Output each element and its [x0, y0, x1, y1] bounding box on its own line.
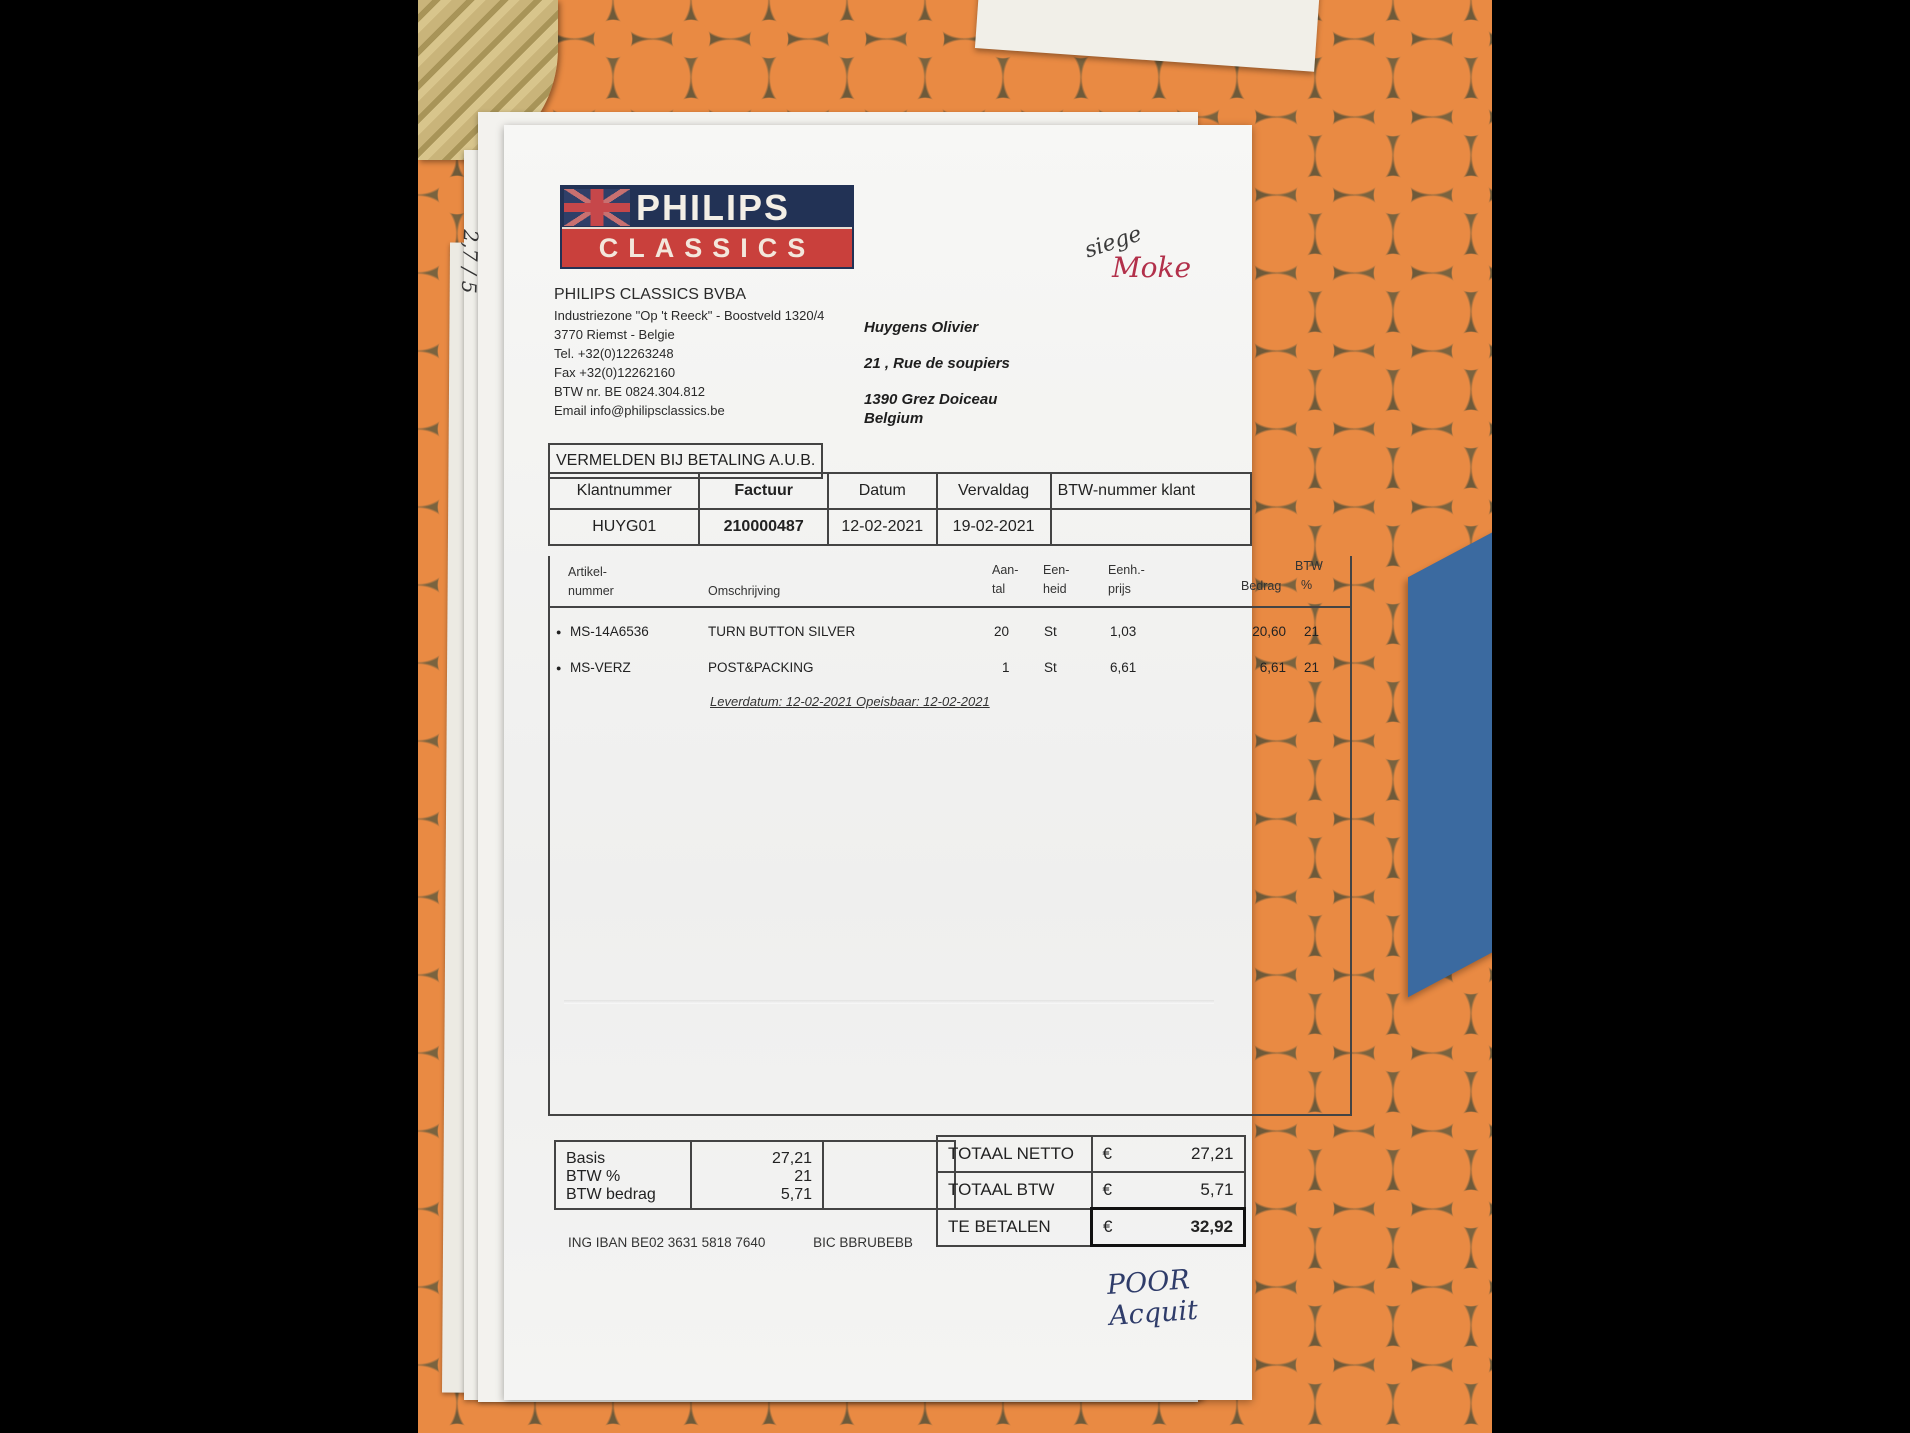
value-customer-number: HUYG01 — [549, 509, 699, 545]
value-customer-vat — [1051, 509, 1251, 545]
totals-table: TOTAAL NETTO € 27,21 TOTAAL BTW € 5,71 T… — [936, 1135, 1246, 1247]
vat-summary-labels: Basis BTW % BTW bedrag — [555, 1141, 691, 1209]
total-row: TE BETALEN € 32,92 — [937, 1209, 1245, 1246]
paper-fold-line — [564, 1000, 1214, 1004]
handwritten-note-bottom: POOR Acquit — [1106, 1260, 1254, 1332]
handwritten-word: Moke — [1112, 251, 1191, 284]
item-qty: 1 — [1002, 660, 1010, 675]
value-due-date: 19-02-2021 — [937, 509, 1051, 545]
logo-line-1: PHILIPS — [636, 187, 848, 227]
bank-details: ING IBAN BE02 3631 5818 7640 BIC BBRUBEB… — [568, 1235, 913, 1250]
bullet-icon: ● — [556, 663, 561, 673]
amount-due-value: 32,92 — [1143, 1209, 1245, 1246]
customer-street: 21 , Rue de soupiers — [864, 354, 1010, 373]
company-address-block: PHILIPS CLASSICS BVBA Industriezone "Op … — [554, 285, 824, 420]
item-amount: 6,61 — [1260, 660, 1286, 675]
handwritten-side-note: 2,7 / 5 — [457, 229, 483, 294]
line-items-table: Artikel-nummer Omschrijving Aan-tal Een-… — [548, 556, 1352, 1116]
euro-icon: € — [1092, 1209, 1144, 1246]
value-date: 12-02-2021 — [828, 509, 937, 545]
col-unit-price: Eenh.-prijs — [1108, 562, 1145, 597]
label-customer-number: Klantnummer — [549, 473, 699, 509]
customer-address-block: Huygens Olivier 21 , Rue de soupiers 139… — [864, 318, 1010, 428]
invoice-header-table: Klantnummer Factuur Datum Vervaldag BTW-… — [548, 472, 1252, 546]
item-vat: 21 — [1304, 624, 1319, 639]
label-due-date: Vervaldag — [937, 473, 1051, 509]
label-invoice: Factuur — [699, 473, 827, 509]
total-net-value: 27,21 — [1143, 1136, 1245, 1172]
company-fax: Fax +32(0)12262160 — [554, 363, 824, 382]
photo-background: 2,7 / 5 PHILIPS CLASSICS siege Moke PHIL… — [418, 0, 1492, 1433]
total-net-label: TOTAAL NETTO — [937, 1136, 1092, 1172]
label-vat-percent: BTW % — [566, 1168, 680, 1186]
item-vat: 21 — [1304, 660, 1319, 675]
col-unit: Een-heid — [1043, 562, 1069, 597]
customer-name: Huygens Olivier — [864, 318, 1010, 337]
union-jack-icon — [564, 189, 630, 226]
item-unit-price: 1,03 — [1110, 624, 1136, 639]
col-article: Artikel-nummer — [568, 564, 614, 599]
blue-card — [1408, 503, 1492, 997]
value-vat-percent: 21 — [702, 1168, 812, 1186]
line-items-header: Artikel-nummer Omschrijving Aan-tal Een-… — [550, 556, 1350, 608]
philips-classics-logo: PHILIPS CLASSICS — [560, 185, 854, 269]
line-item-row: ● MS-14A6536 TURN BUTTON SILVER 20 St 1,… — [550, 624, 1350, 648]
logo-line-2: CLASSICS — [562, 227, 852, 267]
vat-summary-values: 27,21 21 5,71 — [691, 1141, 823, 1209]
col-amount: Bedrag — [1241, 578, 1281, 594]
total-vat-value: 5,71 — [1143, 1172, 1245, 1209]
item-unit: St — [1044, 624, 1057, 639]
total-row: TOTAAL NETTO € 27,21 — [937, 1136, 1245, 1172]
company-vat: BTW nr. BE 0824.304.812 — [554, 382, 824, 401]
item-article: MS-VERZ — [570, 660, 631, 675]
item-description: POST&PACKING — [708, 660, 814, 675]
value-basis: 27,21 — [702, 1150, 812, 1168]
company-name: PHILIPS CLASSICS BVBA — [554, 285, 824, 304]
customer-country: Belgium — [864, 409, 1010, 428]
bullet-icon: ● — [556, 627, 561, 637]
customer-city: 1390 Grez Doiceau — [864, 390, 1010, 409]
col-vat: BTW% — [1295, 558, 1323, 593]
paper-note-top — [975, 0, 1321, 72]
total-row: TOTAAL BTW € 5,71 — [937, 1172, 1245, 1209]
amount-due-label: TE BETALEN — [937, 1209, 1092, 1246]
company-address: Industriezone "Op 't Reeck" - Boostveld … — [554, 306, 824, 325]
item-article: MS-14A6536 — [570, 624, 649, 639]
euro-icon: € — [1092, 1136, 1144, 1172]
label-customer-vat: BTW-nummer klant — [1051, 473, 1251, 509]
total-vat-label: TOTAAL BTW — [937, 1172, 1092, 1209]
col-description: Omschrijving — [708, 583, 780, 599]
label-basis: Basis — [566, 1150, 680, 1168]
invoice-page: PHILIPS CLASSICS siege Moke PHILIPS CLAS… — [504, 125, 1252, 1400]
delivery-note: Leverdatum: 12-02-2021 Opeisbaar: 12-02-… — [710, 694, 990, 709]
company-city: 3770 Riemst - Belgie — [554, 325, 824, 344]
bank-bic: BIC BBRUBEBB — [813, 1235, 913, 1250]
company-email: Email info@philipsclassics.be — [554, 401, 824, 420]
label-date: Datum — [828, 473, 937, 509]
item-description: TURN BUTTON SILVER — [708, 624, 855, 639]
item-qty: 20 — [994, 624, 1009, 639]
vat-summary-table: Basis BTW % BTW bedrag 27,21 21 5,71 — [554, 1140, 956, 1210]
header-table-labels: Klantnummer Factuur Datum Vervaldag BTW-… — [549, 473, 1251, 509]
line-item-row: ● MS-VERZ POST&PACKING 1 St 6,61 6,61 21 — [550, 660, 1350, 684]
label-vat-amount: BTW bedrag — [566, 1186, 680, 1204]
item-amount: 20,60 — [1252, 624, 1286, 639]
item-unit-price: 6,61 — [1110, 660, 1136, 675]
header-table-values: HUYG01 210000487 12-02-2021 19-02-2021 — [549, 509, 1251, 545]
bank-iban: ING IBAN BE02 3631 5818 7640 — [568, 1235, 765, 1250]
company-tel: Tel. +32(0)12263248 — [554, 344, 824, 363]
item-unit: St — [1044, 660, 1057, 675]
euro-icon: € — [1092, 1172, 1144, 1209]
value-invoice-number: 210000487 — [699, 509, 827, 545]
col-qty: Aan-tal — [992, 562, 1018, 597]
value-vat-amount: 5,71 — [702, 1186, 812, 1204]
handwritten-note-top: siege Moke — [1084, 230, 1191, 284]
